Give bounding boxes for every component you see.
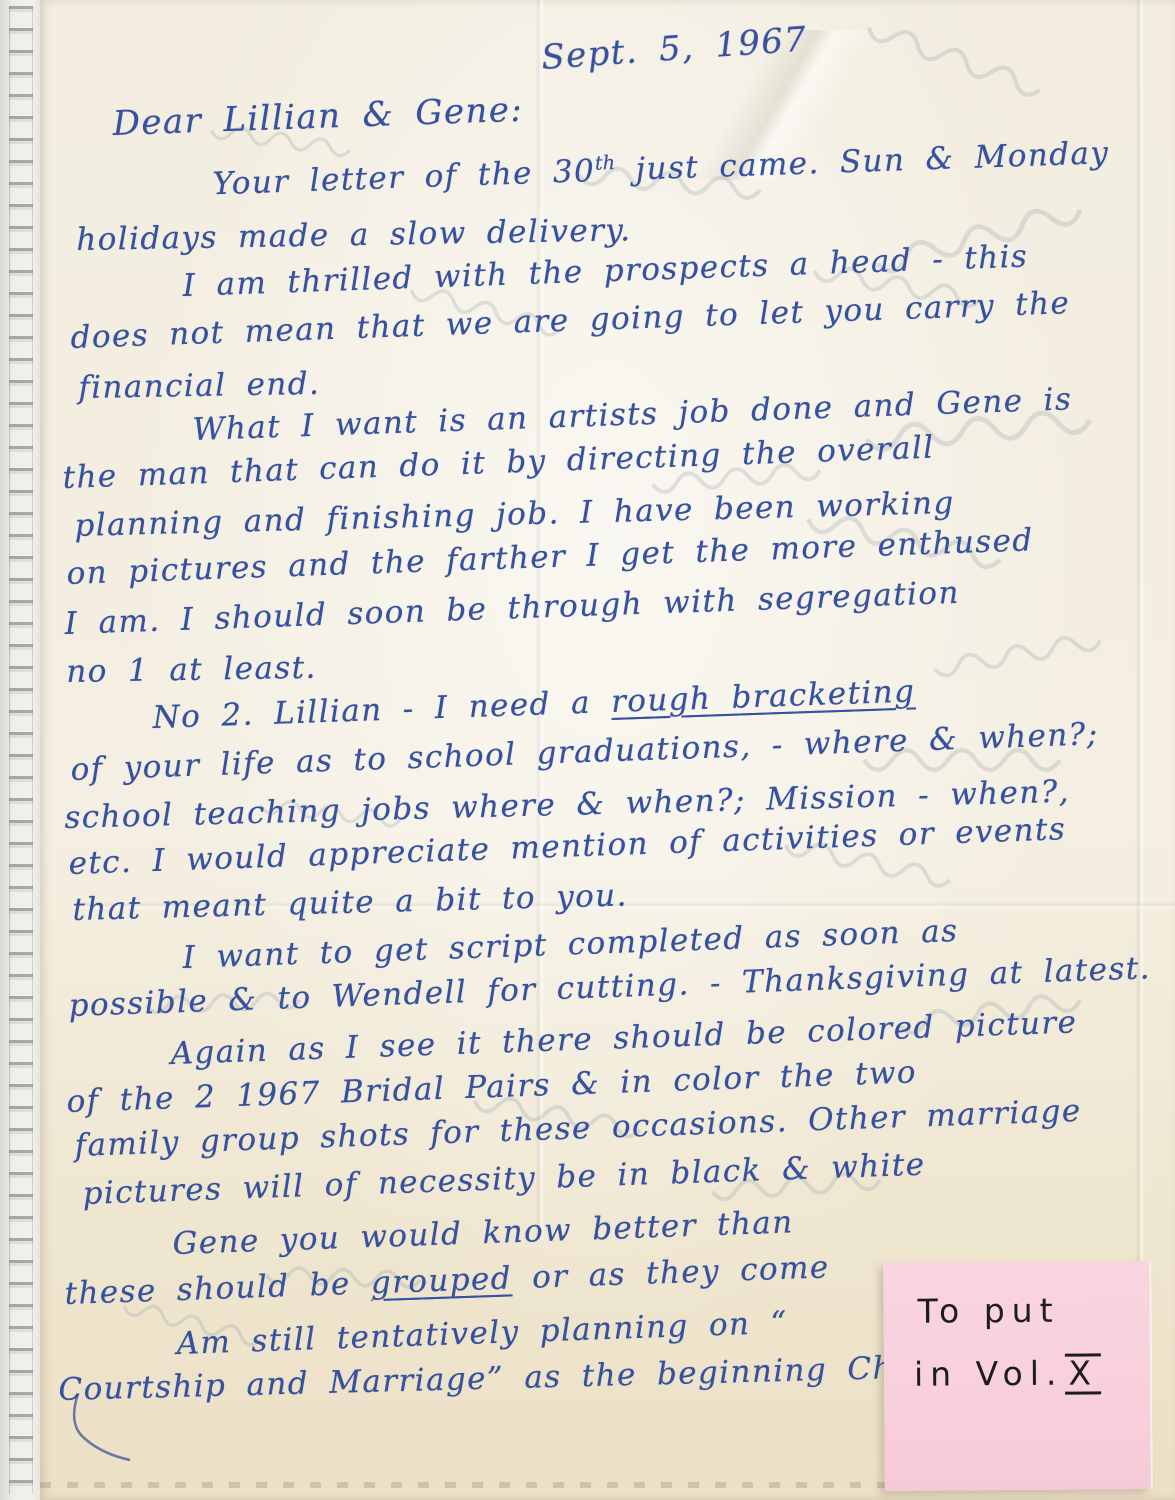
- sleeve-teeth-pattern: [9, 6, 33, 1494]
- sleeve-edge-strip: [0, 0, 44, 1500]
- underlined-phrase: grouped: [370, 1260, 512, 1301]
- sticky-note-vol-label: in Vol.: [914, 1354, 1064, 1394]
- letter-line: no 1 at least.: [66, 650, 317, 690]
- fold-crease-vertical: [1135, 0, 1145, 1320]
- letter-text-segment: financial end.: [78, 366, 321, 406]
- letter-text-segment: th: [595, 151, 616, 175]
- sticky-note-text-line1: To put: [917, 1294, 1059, 1328]
- sticky-note-text-line2: in Vol.X: [914, 1353, 1101, 1395]
- sticky-note: To put in Vol.X: [883, 1261, 1151, 1491]
- sticky-note-volume-numeral: X: [1065, 1353, 1101, 1394]
- letter-text-segment: no 1 at least.: [66, 650, 317, 690]
- letter-line: financial end.: [78, 366, 321, 406]
